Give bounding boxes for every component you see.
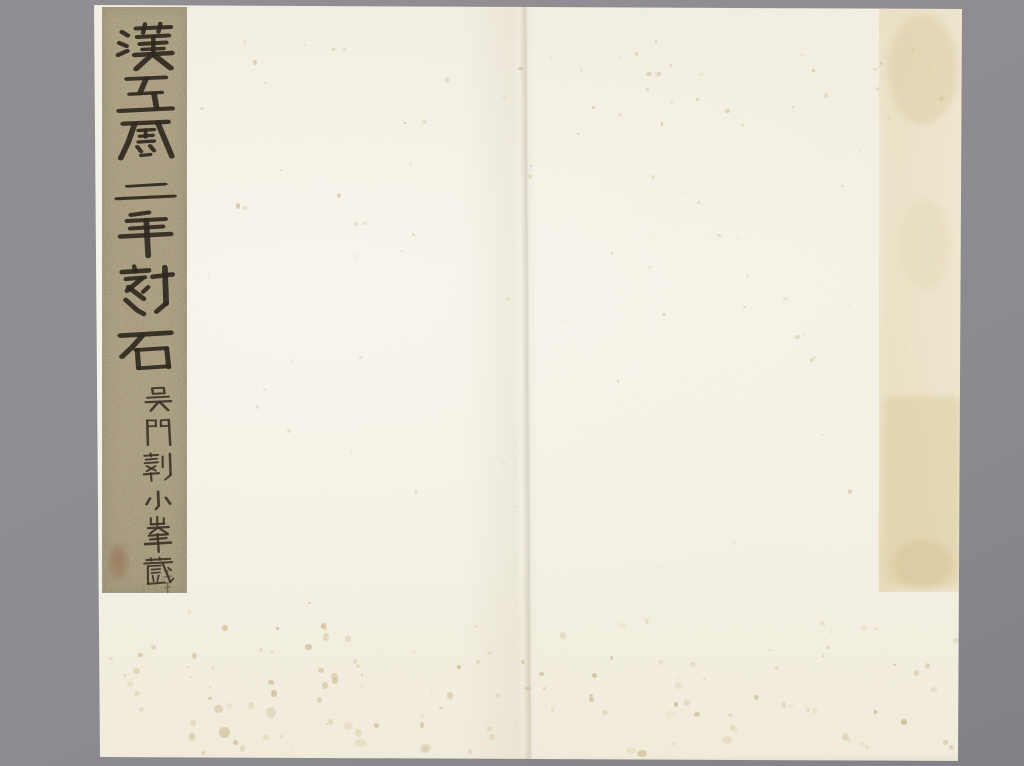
foxing-spot: [549, 55, 552, 59]
calligraphy-char: [140, 516, 176, 554]
foxing-spot: [910, 695, 912, 697]
title-text: 漢五鳳二年刻石: [103, 8, 104, 9]
foxing-spot: [602, 710, 608, 715]
foxing-spot: [323, 626, 327, 630]
foxing-spot: [280, 735, 283, 738]
foxing-spot: [359, 356, 362, 359]
foxing-spot: [133, 668, 139, 674]
foxing-spot: [317, 697, 322, 703]
foxing-spot: [328, 719, 333, 725]
foxing-spot: [445, 77, 450, 83]
foxing-spot: [741, 124, 744, 127]
foxing-spot: [326, 723, 328, 724]
foxing-spot: [109, 657, 113, 660]
foxing-spot: [796, 122, 798, 124]
foxing-spot: [589, 697, 594, 703]
foxing-spot: [646, 88, 650, 91]
foxing-spot: [842, 733, 849, 741]
foxing-spot: [401, 250, 403, 252]
foxing-spot: [848, 739, 851, 742]
calligraphy-char: [113, 118, 177, 166]
foxing-spot: [337, 193, 341, 198]
foxing-spot: [676, 677, 679, 680]
foxing-spot: [788, 704, 793, 708]
calligraphy-char: [140, 490, 176, 514]
foxing-spot: [353, 659, 357, 664]
center-fold-crease: [519, 0, 540, 766]
foxing-spot: [208, 274, 210, 276]
foxing-spot: [280, 169, 283, 172]
foxing-spot: [215, 341, 217, 342]
foxing-spot: [703, 678, 706, 681]
foxing-spot: [409, 161, 413, 166]
foxing-spot: [662, 313, 666, 316]
foxing-spot: [717, 234, 721, 237]
foxing-spot: [746, 274, 749, 278]
foxing-spot: [618, 113, 623, 116]
foxing-spot: [264, 82, 266, 84]
foxing-spot: [219, 727, 229, 738]
foxing-spot: [669, 64, 672, 66]
foxing-spot: [674, 702, 678, 707]
foxing-spot: [420, 713, 425, 718]
foxing-spot: [305, 644, 311, 650]
foxing-spot: [355, 739, 365, 748]
foxing-spot: [420, 745, 430, 753]
foxing-spot: [684, 700, 690, 706]
foxing-spot: [743, 306, 746, 308]
foxing-spot: [806, 708, 810, 711]
foxing-spot: [192, 653, 197, 659]
foxing-spot: [243, 206, 247, 210]
foxing-spot: [674, 536, 676, 537]
foxing-spot: [658, 660, 663, 665]
foxing-spot: [690, 662, 695, 668]
foxing-spot: [287, 429, 291, 434]
foxing-spot: [774, 666, 779, 670]
foxing-spot: [363, 222, 367, 225]
foxing-spot: [270, 651, 274, 655]
calligraphy-char: [140, 386, 176, 414]
foxing-spot: [655, 72, 660, 78]
foxing-spot: [359, 683, 365, 688]
foxing-spot: [637, 750, 647, 757]
foxing-spot: [730, 725, 735, 730]
foxing-spot: [792, 106, 795, 109]
foxing-spot: [611, 252, 613, 254]
foxing-spot: [822, 434, 824, 435]
foxing-spot: [351, 450, 353, 452]
foxing-spot: [354, 255, 356, 257]
foxing-spot: [188, 610, 191, 614]
foxing-spot: [848, 489, 852, 493]
foxing-spot: [610, 656, 613, 660]
foxing-spot: [848, 305, 850, 306]
foxing-spot: [812, 69, 815, 72]
foxing-spot: [321, 623, 326, 629]
foxing-spot: [592, 106, 595, 109]
tiny-colophon-mark: [160, 568, 175, 596]
foxing-spot: [332, 48, 335, 51]
foxing-spot: [344, 722, 353, 730]
foxing-spot: [655, 40, 658, 43]
foxing-spot: [263, 388, 266, 391]
foxing-spot: [619, 623, 625, 628]
foxing-spot: [430, 689, 433, 692]
calligraphy-char: [113, 264, 177, 322]
collector-seal-stamp: [107, 542, 130, 582]
foxing-spot: [560, 632, 566, 639]
foxing-spot: [331, 673, 337, 680]
foxing-spot: [859, 742, 865, 747]
foxing-spot: [187, 666, 189, 669]
foxing-spot: [209, 686, 213, 689]
foxing-spot: [646, 72, 651, 77]
foxing-spot: [412, 233, 415, 236]
foxing-spot: [356, 664, 360, 668]
foxing-spot: [240, 745, 245, 752]
foxing-spot: [861, 625, 867, 631]
foxing-spot: [737, 237, 739, 240]
foxing-spot: [813, 356, 816, 359]
foxing-spot: [151, 645, 156, 650]
foxing-spot: [200, 107, 203, 110]
foxing-spot: [208, 697, 212, 701]
calligraphy-char: [113, 210, 177, 260]
foxing-spot: [658, 72, 662, 75]
foxing-spot: [539, 672, 544, 676]
foxing-spot: [332, 677, 338, 685]
calligraphy-char: [113, 326, 177, 374]
foxing-spot: [190, 676, 192, 678]
calligraphy-char: [113, 22, 177, 72]
album-cover: 漢五鳳二年刻石 吳門劉小峯藏: [0, 0, 1024, 766]
foxing-spot: [619, 55, 622, 58]
foxing-spot: [308, 602, 311, 604]
foxing-spot: [564, 319, 567, 322]
calligraphy-char: [140, 452, 176, 484]
foxing-spot: [893, 664, 896, 667]
right-stain-band: [879, 9, 963, 592]
foxing-spot: [343, 48, 346, 51]
foxing-spot: [781, 702, 786, 708]
foxing-spot: [655, 546, 657, 548]
foxing-spot: [361, 674, 363, 676]
foxing-spot: [874, 710, 877, 713]
foxing-spot: [190, 720, 195, 726]
foxing-spot: [211, 666, 215, 671]
foxing-spot: [227, 703, 232, 708]
foxing-spot: [728, 713, 733, 717]
foxing-spot: [699, 72, 704, 76]
foxing-spot: [439, 707, 443, 710]
foxing-spot: [684, 191, 686, 193]
foxing-spot: [830, 631, 833, 633]
foxing-spot: [931, 687, 937, 692]
foxing-spot: [545, 704, 547, 706]
foxing-spot: [551, 708, 554, 712]
foxing-spot: [233, 740, 237, 745]
foxing-spot: [732, 541, 736, 545]
foxing-spot: [322, 682, 328, 689]
foxing-spot: [139, 707, 144, 712]
foxing-spot: [859, 151, 861, 153]
foxing-spot: [697, 201, 699, 204]
foxing-spot: [256, 405, 259, 408]
foxing-spot: [943, 740, 948, 744]
foxing-spot: [696, 98, 698, 101]
foxing-spot: [580, 69, 584, 72]
foxing-spot: [236, 203, 241, 209]
foxing-spot: [422, 744, 431, 752]
foxing-spot: [820, 621, 825, 626]
foxing-spot: [783, 297, 787, 301]
foxing-spot: [420, 722, 424, 728]
foxing-spot: [323, 633, 329, 641]
foxing-spot: [914, 670, 919, 676]
foxing-spot: [345, 636, 350, 641]
foxing-spot: [874, 628, 876, 630]
calligraphy-char: [113, 180, 177, 206]
foxing-spot: [355, 729, 361, 737]
foxing-spot: [303, 44, 306, 46]
foxing-spot: [404, 122, 406, 124]
foxing-spot: [651, 175, 655, 179]
foxing-spot: [354, 222, 358, 226]
foxing-spot: [276, 627, 278, 630]
foxing-spot: [675, 682, 681, 689]
foxing-spot: [645, 619, 649, 624]
foxing-spot: [648, 266, 652, 269]
foxing-spot: [822, 655, 824, 657]
foxing-spot: [670, 101, 673, 104]
foxing-spot: [770, 658, 772, 660]
foxing-spot: [725, 109, 730, 113]
foxing-spot: [810, 358, 813, 361]
foxing-spot: [661, 122, 664, 125]
foxing-spot: [953, 638, 959, 643]
foxing-spot: [266, 707, 277, 718]
foxing-spot: [812, 708, 818, 714]
foxing-spot: [413, 651, 416, 655]
foxing-spot: [865, 745, 869, 749]
foxing-spot: [732, 726, 738, 733]
foxing-spot: [189, 733, 195, 740]
foxing-spot: [457, 665, 461, 669]
foxing-spot: [318, 668, 324, 674]
foxing-spot: [769, 649, 771, 651]
foxing-spot: [543, 687, 546, 690]
foxing-spot: [253, 60, 258, 65]
foxing-spot: [617, 380, 619, 383]
foxing-spot: [826, 646, 829, 649]
foxing-spot: [214, 705, 223, 713]
foxing-spot: [722, 736, 732, 743]
foxing-spot: [268, 680, 273, 685]
foxing-spot: [263, 735, 269, 740]
foxing-spot: [694, 712, 700, 718]
calligraphy-char: [140, 418, 176, 448]
inscription-text: 吳門劉小峯藏: [103, 8, 104, 9]
foxing-spot: [824, 93, 828, 98]
foxing-spot: [127, 681, 133, 687]
foxing-spot: [291, 749, 294, 751]
foxing-spot: [635, 52, 638, 56]
foxing-spot: [271, 690, 277, 698]
foxing-spot: [222, 625, 227, 631]
foxing-spot: [138, 653, 142, 657]
foxing-spot: [592, 673, 597, 677]
foxing-spot: [803, 335, 805, 336]
foxing-spot: [248, 702, 254, 710]
foxing-spot: [422, 120, 427, 124]
foxing-spot: [925, 663, 931, 670]
foxing-spot: [666, 710, 676, 717]
calligraphy-char: [113, 74, 177, 116]
foxing-spot: [447, 692, 453, 698]
title-slip: 漢五鳳二年刻石 吳門劉小峯藏: [103, 8, 186, 592]
foxing-spot: [671, 741, 676, 747]
foxing-spot: [374, 723, 379, 728]
foxing-spot: [124, 674, 126, 677]
foxing-spot: [795, 335, 799, 339]
foxing-spot: [839, 152, 841, 155]
foxing-spot: [141, 666, 144, 668]
foxing-spot: [243, 40, 247, 45]
foxing-spot: [291, 359, 294, 362]
foxing-spot: [577, 133, 579, 135]
foxing-spot: [589, 694, 593, 697]
foxing-spot: [841, 185, 844, 187]
fold-shading: [460, 0, 527, 766]
foxing-spot: [658, 565, 660, 567]
foxing-spot: [626, 747, 636, 754]
foxing-spot: [754, 695, 759, 701]
foxing-spot: [134, 691, 140, 696]
foxing-spot: [259, 648, 263, 652]
foxing-spot: [380, 647, 383, 650]
foxing-spot: [901, 719, 907, 725]
foxing-spot: [800, 53, 805, 57]
foxing-spot: [414, 489, 418, 494]
photo-backdrop: 漢五鳳二年刻石 吳門劉小峯藏: [0, 0, 1024, 766]
foxing-spot: [201, 751, 205, 755]
foxing-spot: [949, 745, 954, 750]
foxing-spot: [873, 68, 877, 71]
